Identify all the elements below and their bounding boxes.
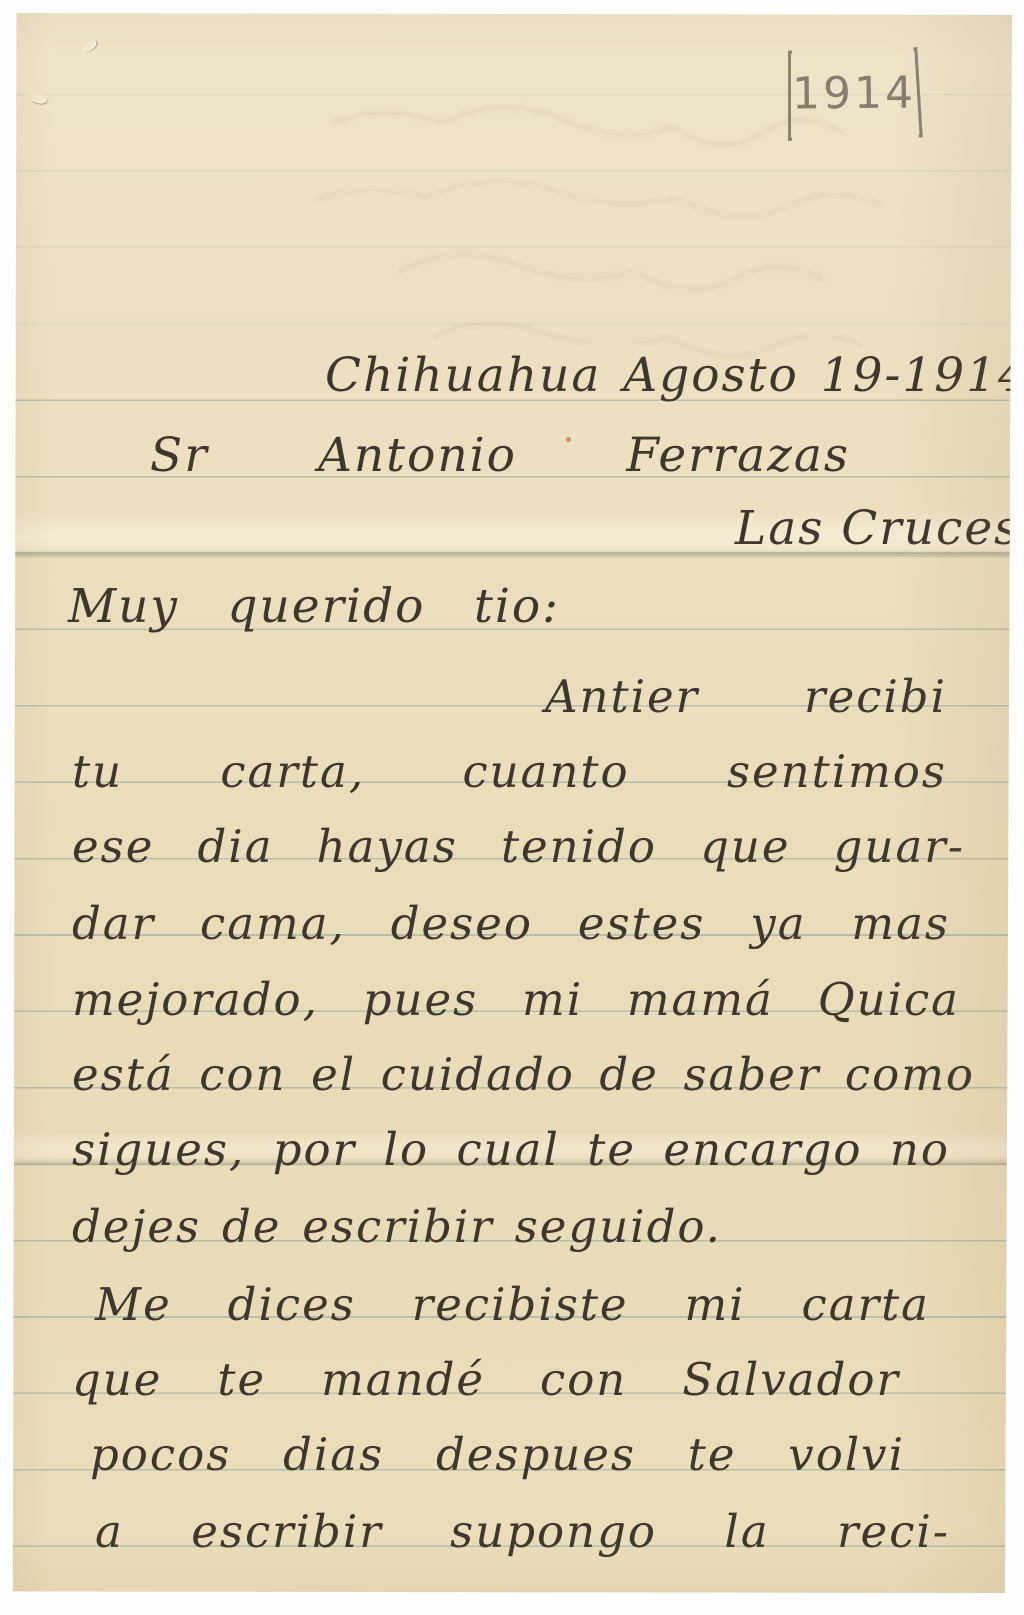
body-line: tu carta, cuanto sentimos [72, 749, 947, 794]
body-line: sigues, por lo cual te encargo no [72, 1127, 950, 1172]
body-line: ese dia hayas tenido que guar- [72, 824, 965, 869]
body-line: pocos dias despues te volvi [90, 1432, 905, 1477]
body-line: Antier recibi [545, 674, 947, 719]
place-line: Las Cruces [735, 505, 997, 552]
annotation-year: 1914 [792, 71, 916, 116]
body-line: está con el cuidado de saber como [72, 1052, 975, 1097]
scanned-letter-page: 1914 Chihuahua Agosto 19-1914 Sr Antonio… [0, 0, 1024, 1615]
pencil-year-annotation: 1914 [787, 48, 921, 139]
body-line: Me dices recibiste mi carta [95, 1282, 930, 1327]
salutation-line: Muy querido tio: [68, 583, 560, 630]
body-line: dejes de escribir seguido. [72, 1204, 722, 1249]
paper-sheet: 1914 Chihuahua Agosto 19-1914 Sr Antonio… [12, 13, 1012, 1593]
recipient-line: Sr Antonio Ferrazas [150, 432, 850, 479]
body-line: dar cama, deseo estes ya mas [72, 901, 950, 946]
paper-blemish [81, 38, 98, 53]
body-line: a escribir supongo la reci- [95, 1509, 950, 1554]
body-line: mejorado, pues mi mamá Quica [72, 977, 960, 1022]
body-line: que te mandé con Salvador [72, 1357, 900, 1402]
dateline: Chihuahua Agosto 19-1914 [325, 352, 1012, 399]
paper-blemish [29, 90, 48, 105]
